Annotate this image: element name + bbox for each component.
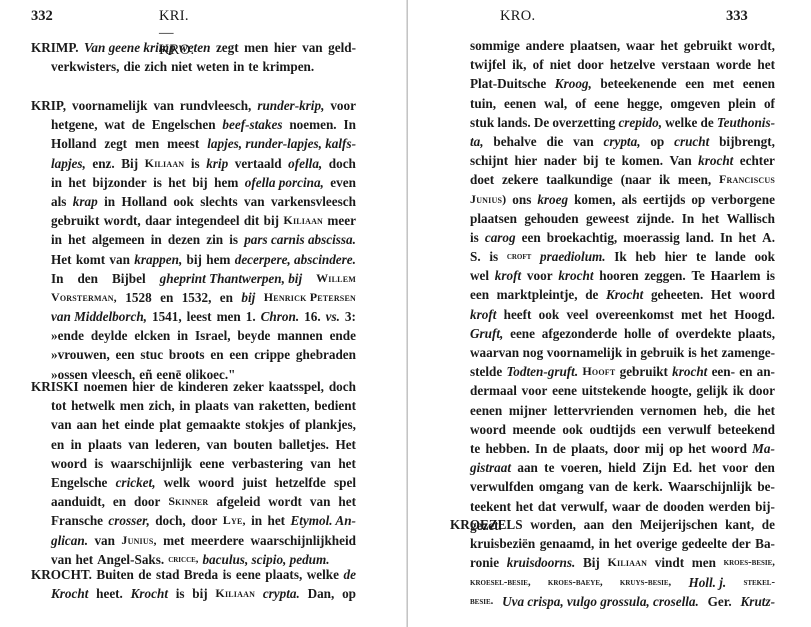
text-run: als [51,192,66,211]
text-run: slechts [200,192,237,211]
text-run: ons [512,190,531,209]
text-run: voeren, [561,458,602,477]
text-run: de [645,497,658,516]
text-run: wel [470,266,489,285]
text-run: dat [538,497,556,516]
dictionary-entry-kroezels: KROEZELSworden,aandenMeijerijschenkant,d… [450,515,775,611]
text-line: verwulfdenomgangvandekerk.Waarschijnlijk… [450,477,775,496]
text-run: waarvan [470,343,519,362]
italic-text: krocht [672,362,707,381]
text-run: of [658,324,669,343]
italic-text: Teuthonis- [717,113,775,132]
italic-text: kroft [470,305,496,324]
text-run: te [696,247,706,266]
text-run: Holland [121,192,166,211]
text-run: welk [164,473,190,492]
text-run: met [713,74,734,93]
text-run: elcken [134,326,170,345]
text-line: plaatsengehoudengeweestzijnde.InhetWalli… [450,209,775,228]
text-run: dezen [168,230,200,249]
text-run: tuin, [470,94,496,113]
text-run: de [762,515,775,534]
text-line: Hetkomtvankrappen,bijhemdecerpere, absci… [31,250,356,269]
text-run: Haarlem [711,266,761,285]
text-run: ende [330,326,356,345]
text-run: het [338,454,356,473]
text-run: Holland [51,134,96,153]
text-run: (naar [621,170,652,189]
italic-text: Ma- [752,439,775,458]
text-line: hetgene,watdeEngelschenbeef-stakesnoemen… [31,115,356,134]
text-run: bijbrengt, [719,132,775,151]
text-run: te [544,458,554,477]
text-run: eene [594,94,619,113]
text-run: men [244,38,268,57]
text-run: meen, [678,170,711,189]
text-run: crippe [254,345,290,364]
text-run: wordt [268,492,302,511]
text-run: te [248,57,258,76]
text-run: stad [156,565,179,584]
text-run: stuk [470,113,494,132]
text-run: en [160,288,173,307]
text-run: ook [754,247,775,266]
text-run: het [516,497,534,516]
text-run: bij [583,151,598,170]
text-run: In [720,228,732,247]
text-run: eenen [743,74,775,93]
text-run: het [702,209,720,228]
text-run: ook [562,420,583,439]
text-run: verwulf [668,420,711,439]
dictionary-entry-krocht-continued: sommigeandereplaatsen,waarhetgebruiktwor… [450,36,775,535]
italic-text: Van geene krimp weten [84,38,210,57]
italic-text: crepido, [618,113,662,132]
italic-text: ta, [470,132,484,151]
text-run: mijner [509,401,547,420]
small-caps-text: kroesel-besie, [470,573,531,592]
text-run: hoogte, [651,381,692,400]
text-line: gistraataantevoeren,hieldZijnEd.hetvoord… [450,458,775,477]
text-run: heb, [703,401,727,420]
text-run: de [132,115,145,134]
text-run: kant, [725,515,754,534]
text-run: van [310,492,331,511]
text-line: Franschecrosser,doch,doorLye,inhetEtymol… [31,511,356,530]
text-run: ook [539,305,560,324]
text-run: integendeel [176,211,240,230]
text-run: met [163,531,184,550]
text-run: Israel, [195,326,231,345]
text-run: hem [206,250,230,269]
text-line: gebruiktwordt,daarintegendeelditbijKilia… [31,211,356,230]
text-run: plaats, [571,439,608,458]
text-run: het [699,458,717,477]
text-run: beteekenende [600,74,676,93]
text-run: waar [612,497,641,516]
text-run: algemeen [92,230,145,249]
text-line: Plat-DuitscheKroog,beteekenendeeenmeteen… [450,74,775,93]
text-run: meerdere [191,531,244,550]
text-run: in [151,230,162,249]
text-run: worde [716,55,751,74]
text-run: lederen, [155,435,200,454]
text-run: »vrouwen, [51,345,110,364]
text-line: KROEZELSworden,aandenMeijerijschenkant,d… [450,515,775,534]
text-run: lettervrienden [554,401,634,420]
text-run: het [757,55,775,74]
text-line: welkroftvoorkrochthoorenzeggen.TeHaarlem… [450,266,775,285]
text-run: worden, [530,515,576,534]
text-run: een- [712,362,735,381]
small-caps-text: Lye, [223,511,246,530]
italic-text: Todten-gruft. [506,362,578,381]
text-run: in [233,57,244,76]
italic-text: Krutz- [741,592,775,611]
text-run: van [310,454,331,473]
text-run: dermaal [470,381,517,400]
text-run: Zijn [642,458,666,477]
text-run: stokjes [245,415,284,434]
text-run: als [621,190,636,209]
text-run: KRIP, [31,96,66,115]
text-run: de [138,565,151,584]
text-run: gelijk [697,381,729,400]
text-line: woordmeendeookoudtijdseenverwulfbeteeken… [450,420,775,439]
text-run: het [68,173,86,192]
text-run: plaats [88,435,122,454]
text-run: der [732,534,751,553]
italic-text: crosser, [108,511,149,530]
text-run: woord [198,473,234,492]
text-run: wal, [544,94,567,113]
text-run: beteekend [718,420,775,439]
text-run: een [642,420,661,439]
text-run: in [104,192,115,211]
small-caps-text: Vorsterman, [51,288,117,307]
text-run: heet. [96,584,123,603]
text-run: vernomen [640,401,696,420]
text-line: inhetbijzonderishetbijhemofella porcina,… [31,173,356,192]
text-line: eenmarktpleintje,deKrochtgeheeten.Hetwoo… [450,285,775,304]
text-run: de [553,439,566,458]
text-run: ik [733,381,744,400]
small-caps-text: Junius) [470,190,506,209]
text-run: is [489,247,498,266]
text-run: hier [274,38,297,57]
text-run: 1. [246,307,256,326]
text-run: en [51,435,64,454]
text-line: besie.Uva crispa, vulgo grossula, crosel… [450,592,775,611]
text-run: »ende [51,326,84,345]
text-run: wat [104,115,125,134]
text-run: doet [470,170,494,189]
text-run: komen, [574,190,615,209]
text-run: heeft [504,305,532,324]
text-line: Engelschecricket,welkwoordjuisthetzelfde… [31,473,356,492]
italic-text: krap [73,192,98,211]
text-run: van [233,396,254,415]
text-run: waar [626,36,655,55]
italic-text: gheprint Thantwerpen, bij [160,269,303,288]
text-line: Junius)onskroegkomen,alseertijdsopverbor… [450,190,775,209]
text-run: Van [669,151,691,170]
text-run: doch [329,154,356,173]
italic-text: kruisdoorns. [507,553,576,572]
text-run: gebruikt [620,362,668,381]
italic-text: crypta, [604,132,641,151]
text-run: marktpleintje, [497,285,578,304]
text-line: dermaalvooreeneuitstekendehoogte,gelijki… [450,381,775,400]
italic-text: gistraat [470,458,511,477]
text-run: zegt [104,134,127,153]
text-run: kinderen [178,377,228,396]
text-run: het [709,305,727,324]
text-run: het [688,439,706,458]
text-run: plaatsen [470,209,517,228]
text-line: KRISKInoemenhierdekinderenzekerkaatsspel… [31,377,356,396]
text-run: bij [187,250,202,269]
dictionary-entry-krip: KRIP,voornamelijkvanrundvleesch,runder-k… [31,96,356,384]
text-run: krimpen. [263,57,315,76]
text-run: komen. [622,151,663,170]
dictionary-entry-krocht: KROCHT.BuitendestadBredaiseeneplaats,wel… [31,565,356,603]
italic-text: lapjes, runder-lapjes, kalfs- [207,134,356,153]
text-run: zeker [233,377,264,396]
text-run: is [470,228,479,247]
text-line: twijfelik,ofnietdoorhetzelveverstaanword… [450,55,775,74]
italic-text: crypta. [263,584,300,603]
small-caps-text: Skinner [168,492,208,511]
small-caps-text: besie. [470,592,493,611]
text-run: genaamd, [540,534,595,553]
text-run: schijnt [470,151,508,170]
text-run: Ed. [673,458,692,477]
text-run: in [179,396,190,415]
text-line: Hollandzegtmenmeestlapjes, runder-lapjes… [31,134,356,153]
small-caps-text: Willem [316,269,356,288]
text-run: eertijds [643,190,685,209]
text-run: Meijerijschen [640,515,718,534]
text-run: bij- [755,497,775,516]
italic-text: krip [206,154,228,173]
text-run: an- [757,362,775,381]
text-run: waarschijnlijk [111,454,192,473]
text-run: het [700,343,718,362]
text-run: be- [757,477,775,496]
text-run: eene [510,324,535,343]
text-run: niet [171,57,192,76]
text-run: echter [740,151,775,170]
text-run: door [577,55,603,74]
text-run: rundvleesch, [180,96,251,115]
text-run: juist [242,473,267,492]
text-run: heb [635,247,656,266]
text-run: eene [236,565,261,584]
text-run: Ger. [708,592,732,611]
text-line: alskrapinHollandookslechtsvanvarkensvlee… [31,192,356,211]
text-line: doetzekeretaalkundige(naarikmeen,Francis… [450,170,775,189]
text-run: plaats, [738,324,775,343]
text-run: omgang [539,477,584,496]
text-run: eenen [470,401,502,420]
italic-text: vs. [326,307,340,326]
italic-text: krappen, [134,250,182,269]
text-run: verwulfden [470,477,534,496]
page-number: 332 [31,8,53,25]
text-run: een [116,345,135,364]
text-run: in [251,511,262,530]
text-run: kaatsspel, [269,377,324,396]
text-line: kruisbeziëngenaamd,inhetoverigegedeelted… [450,534,775,553]
text-run: stelde [470,362,502,381]
text-run: uitstekende [582,381,646,400]
text-run: 3: [345,307,356,326]
text-run: In [682,209,694,228]
text-line: KROCHT.BuitendestadBredaiseeneplaats,wel… [31,565,356,584]
text-run: mannen [277,326,322,345]
text-run: door [191,511,217,530]
text-run: door [749,381,775,400]
text-run: zich, [149,396,175,415]
text-run: veel [566,305,588,324]
text-line: schijnthiernaderbijtekomen.Vankrochtecht… [450,151,775,170]
italic-text: beef-stakes [222,115,282,134]
text-run: enz. [92,154,114,173]
text-run: doch [329,377,356,396]
text-line: teekenthetdatverwulf,waardedoodenwerdenb… [450,497,775,516]
italic-text: Etymol. An- [290,511,355,530]
page-number: 333 [726,8,748,25]
text-run: ook [173,192,194,211]
italic-text: Chron. [261,307,300,326]
text-run: bij [192,584,207,603]
text-run: op [650,132,664,151]
italic-text: Gruft, [470,324,503,343]
text-run: aan [584,515,605,534]
text-run: Het [335,435,356,454]
italic-text: krocht [698,151,733,170]
text-line: van Middelborch,1541,leestmen1.Chron.16.… [31,307,356,326]
text-line: Gruft,eeneafgezonderdeholleofoverdektepl… [450,324,775,343]
text-run: bouten [234,435,273,454]
text-run: de [160,377,173,396]
text-run: Fransche [51,511,103,530]
small-caps-text: croft [507,247,532,266]
text-run: broekachtig, [547,228,617,247]
text-run: bij [264,211,279,230]
text-run: land. [686,228,714,247]
small-caps-text: kruys-besie, [620,573,671,592]
text-run: die [546,132,563,151]
text-run: meest [167,134,199,153]
text-run: plaatsen, [570,36,620,55]
text-run: of [575,94,586,113]
text-run: nader [544,151,577,170]
text-run: overige [636,534,677,553]
text-run: nog [523,343,544,362]
text-run: woord [739,285,775,304]
text-run: Bijbel [112,269,146,288]
text-run: gebruik [640,343,684,362]
text-line: glican.vanJunius,metmeerderewaarschijnli… [31,531,356,550]
text-run: plat [159,415,181,434]
text-line: aanduidt,endoorSkinnerafgeleidwordtvanhe… [31,492,356,511]
text-run: het [168,173,186,192]
text-run: gehouden [524,209,578,228]
text-run: en [739,362,752,381]
small-caps-text: kroes-baeye, [548,573,603,592]
text-run: aanduidt, [51,492,105,511]
text-run: die [734,401,751,420]
text-run: voor [522,381,548,400]
text-line: iscarogeenbroekachtig,moerassigland.Inhe… [450,228,775,247]
italic-text: kroeg [537,190,568,209]
italic-text: ofella porcina, [245,173,324,192]
text-run: broots [169,345,205,364]
text-run: overdekte [676,324,732,343]
running-head-title: KRO. [500,8,535,25]
text-run: op [342,584,356,603]
right-page: KRO. 333 sommigeandereplaatsen,waarhetge… [408,0,811,627]
text-run: een [522,228,541,247]
text-run: in [71,435,82,454]
text-run: niet [550,55,571,74]
text-line: KRIMP.Van geene krimp wetenzegtmenhierva… [31,38,356,57]
text-run: Dan, [308,584,335,603]
text-run: van [589,477,610,496]
italic-text: cricket, [116,473,156,492]
text-run: voornamelijk [547,343,622,362]
italic-text: de [343,565,355,584]
text-line: waarvannogvoornamelijkingebruikishetzame… [450,343,775,362]
italic-text: Krocht [51,584,88,603]
text-run: S. [470,247,481,266]
text-run: overeenkomst [596,305,674,324]
text-run: te [470,439,480,458]
text-run: den [77,269,98,288]
text-run: is [94,454,103,473]
text-run: Hoogd. [734,305,775,324]
text-run: oudtijds [589,420,635,439]
text-run: waarschijnlijkheid [250,531,356,550]
text-run: 16. [304,307,320,326]
text-line: ta,behalvedievancrypta,opcruchtbijbrengt… [450,132,775,151]
text-run: het [338,492,356,511]
text-run: 1528 [125,288,151,307]
text-line: S.iscroftpraediolum.Ikhebhiertelandeook [450,247,775,266]
text-run: hier [665,247,688,266]
text-run: de [585,285,598,304]
text-run: welke [307,565,339,584]
text-run: men [217,307,241,326]
text-run: voor [722,458,748,477]
text-run: dit [244,211,259,230]
text-run: het [660,36,678,55]
text-run: In [343,115,355,134]
text-run: van [244,192,265,211]
text-run: taalkundige [546,170,613,189]
text-run: hetzelfde [275,473,326,492]
text-line: »endedeyldeelckeninIsrael,beydemannenend… [31,326,356,345]
text-run: voornamelijk [72,96,147,115]
text-line: inhetalgemeenindezenzinispars carnis abs… [31,230,356,249]
text-run: deylde [91,326,128,345]
text-run: stuc [140,345,163,364]
text-run: meer [327,211,356,230]
text-run: door [134,492,160,511]
text-run: gebruikt [684,36,732,55]
